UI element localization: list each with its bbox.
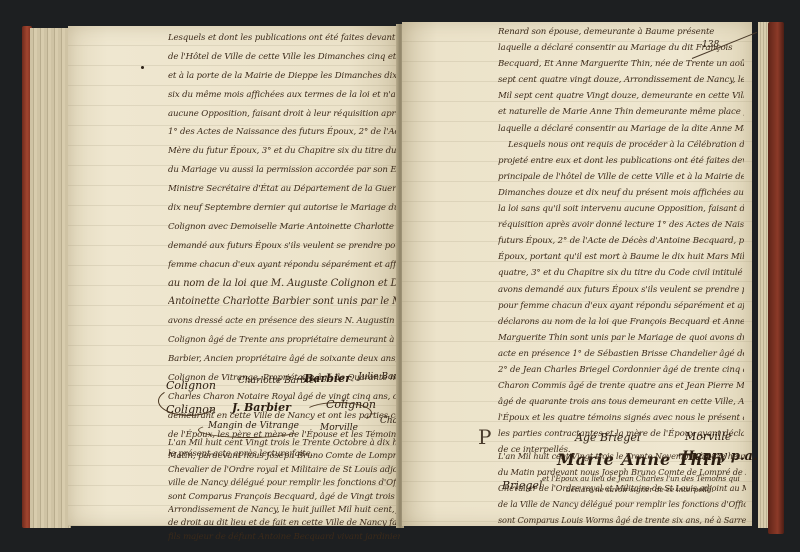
text-line: Mère du futur Époux, 3° et du Chapitre s…	[168, 142, 400, 161]
text-line: de la Ville de Nancy délégué pour rempli…	[498, 496, 746, 512]
margin-mark: P	[478, 425, 491, 449]
signature-flourish	[158, 386, 220, 416]
signature: J. Barbier	[232, 401, 291, 414]
text-line: et à la porte de la Mairie de Dieppe les…	[168, 67, 400, 86]
page-edges-left	[30, 28, 71, 528]
text-line: Becquard, Et Anne Marguerite Thin, née d…	[498, 56, 744, 72]
text-line: réquisition après avoir donné lecture 1°…	[498, 217, 744, 233]
text-line: Chevalier de l'Ordre royal et Militaire …	[168, 464, 400, 477]
text-line: aucune Opposition, faisant droit à leur …	[168, 105, 400, 124]
text-line: l'Époux et les quatre témoins signés ave…	[498, 410, 744, 426]
signature: Agé Briegel	[575, 431, 640, 444]
text-line: fils majeur de défunt Antoine Becquard v…	[168, 531, 400, 544]
text-line: quatre, 3° et du Chapitre six du titre d…	[498, 265, 744, 281]
text-line: Colignon avec Demoiselle Marie Antoinett…	[168, 218, 400, 237]
text-line: la loi sans qu'il soit intervenu aucune …	[498, 201, 744, 217]
text-line: 1° des Actes de Naissance des futurs Épo…	[168, 123, 400, 142]
signature: Morville	[320, 423, 358, 433]
text-line: Époux, portant qu'il est mort à Baume le…	[498, 249, 744, 265]
text-line: Mil sept cent quatre Vingt douze, demeur…	[498, 88, 744, 104]
text-line: du Matin pardevant nous Joseph Bruno Com…	[498, 464, 746, 480]
text-line: Renard son épouse, demeurante à Baume pr…	[498, 24, 744, 40]
text-line: Matin, pardevant nous Joseph Bruno Comte…	[168, 450, 400, 463]
text-line: projeté entre eux et dont les publicatio…	[498, 153, 744, 169]
text-line: et naturelle de Marie Anne Thin demeuran…	[498, 104, 744, 120]
text-line: sont Comparus Louis Worms âgé de trente …	[498, 512, 746, 528]
binding-right	[768, 22, 784, 534]
text-line: de droit au dit lieu et de fait en cette…	[168, 517, 400, 530]
text-line: sept cent quatre vingt douze, Arrondisse…	[498, 72, 744, 88]
right-page-entry-continuation: Renard son épouse, demeurante à Baume pr…	[498, 24, 744, 459]
right-page-third-entry: L'an Mil huit cent Vingt trois le Trente…	[498, 448, 746, 528]
text-line: sont Comparus François Becquard, âgé de …	[168, 491, 400, 504]
signature-flourish	[198, 422, 300, 438]
text-line: âgé de quarante trois ans tous demeurant…	[498, 394, 744, 410]
text-line: Marguerite Thin sont unis par le Mariage…	[498, 330, 744, 346]
text-line: du Mariage vu aussi la permission accord…	[168, 161, 400, 180]
text-line: pour femme chacun d'eux ayant répondu sé…	[498, 298, 744, 314]
text-line: L'an Mil huit cent Vingt trois le Trente…	[498, 448, 746, 464]
text-line: Ministre Secrétaire d'État au Départemen…	[168, 180, 400, 199]
left-page-second-entry: L'an Mil huit cent Vingt trois le Trente…	[168, 437, 400, 544]
text-line: déclarons au nom de la loi que François …	[498, 314, 744, 330]
text-line: demandé aux futurs Époux s'ils veulent s…	[168, 237, 400, 256]
text-line: au nom de la loi que M. Auguste Colignon…	[168, 275, 400, 294]
text-line: avons dressé acte en présence des sieurs…	[168, 312, 400, 331]
text-line: Colignon âgé de Trente ans propriétaire …	[168, 331, 400, 350]
signature: Barbier	[304, 372, 351, 385]
text-line: laquelle a déclaré consentir au Mariage …	[498, 121, 744, 137]
signature-flourish	[304, 402, 372, 424]
ink-spot	[141, 66, 144, 69]
signature: Morville	[685, 430, 731, 443]
text-line: 2° de Jean Charles Briegel Cordonnier âg…	[498, 362, 744, 378]
text-line: ville de Nancy délégué pour remplir les …	[168, 477, 400, 490]
text-line: Chevalier de l'Ordre royal et Militaire …	[498, 480, 746, 496]
text-line: Lesquels et dont les publications ont ét…	[168, 29, 400, 48]
text-line: acte en présence 1° de Sébastien Brisse …	[498, 346, 744, 362]
text-line: Antoinette Charlotte Barbier sont unis p…	[168, 293, 400, 312]
text-line: Arrondissement de Nancy, le huit juillet…	[168, 504, 400, 517]
text-line: de l'Hôtel de Ville de cette Ville les D…	[168, 48, 400, 67]
text-line: Barbier, Ancien propriétaire âgé de soix…	[168, 350, 400, 369]
text-line: futurs Époux, 2° de l'Acte de Décès d'An…	[498, 233, 744, 249]
text-line: Lesquels nous ont requis de procéder à l…	[498, 137, 744, 153]
text-line: Dimanches douze et dix neuf du présent m…	[498, 185, 744, 201]
text-line: six du même mois affichées aux termes de…	[168, 86, 400, 105]
text-line: femme chacun d'eux ayant répondu séparém…	[168, 256, 400, 275]
left-page: Lesquels et dont les publications ont ét…	[68, 26, 398, 526]
text-line: dix neuf Septembre dernier qui autorise …	[168, 199, 400, 218]
text-line: avons demandé aux futurs Époux s'ils veu…	[498, 282, 744, 298]
text-line: L'an Mil huit cent Vingt trois le Trente…	[168, 437, 400, 450]
text-line: Charon Commis âgé de trente quatre ans e…	[498, 378, 744, 394]
text-line: principale de l'hôtel de Ville de cette …	[498, 169, 744, 185]
